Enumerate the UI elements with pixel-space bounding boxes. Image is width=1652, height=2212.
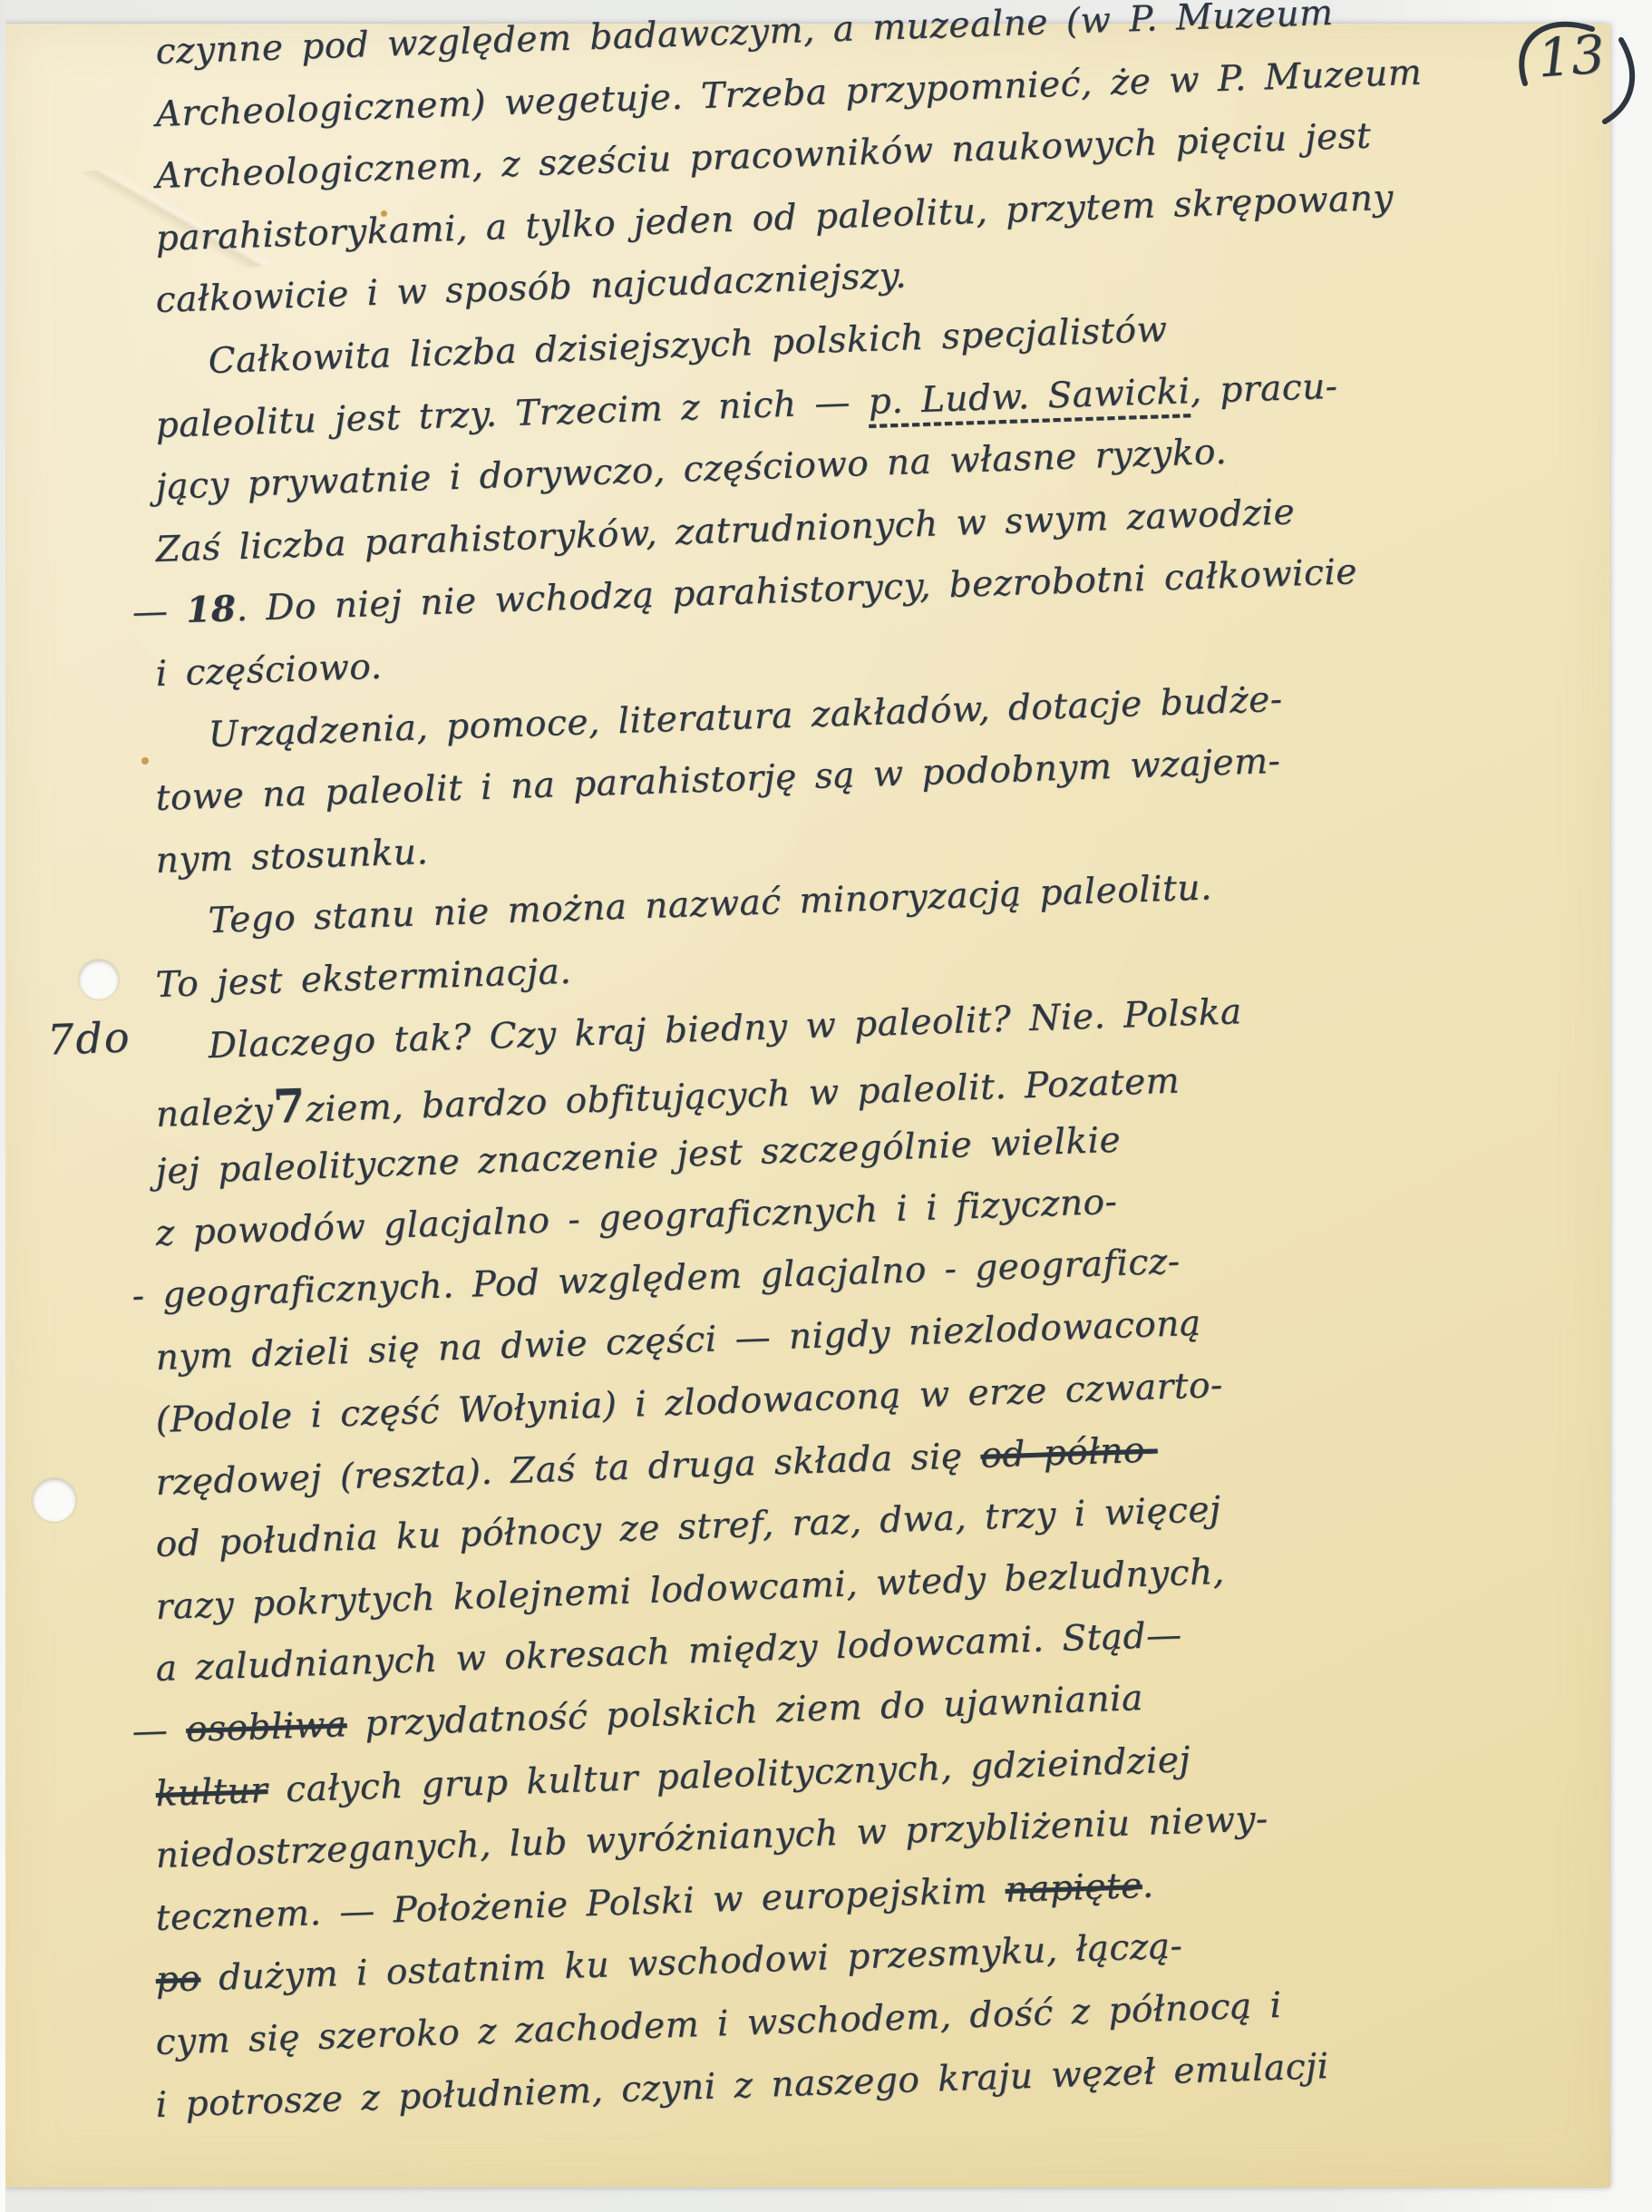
manuscript-segment: To jest eksterminacja. (155, 951, 572, 1006)
manuscript-segment-strike: po (155, 1959, 201, 2002)
manuscript-segment-strike: kultur (155, 1770, 268, 1815)
manuscript-segment: — (131, 590, 187, 633)
manuscript-segment: . (1142, 1865, 1154, 1905)
manuscript-segment-dash-underline: p. Ludw. Sawicki (868, 371, 1190, 423)
manuscript-segment: , pracu- (1190, 365, 1338, 411)
manuscript-segment-strike: osobliwa (185, 1704, 347, 1750)
hole-punch-top (79, 960, 119, 999)
paper-speck (141, 757, 149, 765)
margin-note: 7do (46, 1012, 131, 1064)
manuscript-segment-strike: od półno- (980, 1429, 1159, 1476)
manuscript-segment: nym stosunku. (155, 832, 429, 882)
manuscript-segment-insert-mark: 7 (272, 1078, 306, 1134)
scanned-manuscript-page: 13 7do czynne pod względem badawczym, a … (0, 0, 1652, 2212)
manuscript-segment: — (131, 1710, 187, 1752)
paper-speck (381, 210, 387, 217)
manuscript-segment: należy (155, 1091, 274, 1135)
manuscript-segment: i częściowo. (155, 647, 383, 695)
manuscript-segment-strike: napięte (1005, 1866, 1143, 1911)
hole-punch-bottom (33, 1478, 76, 1522)
scanner-edge (0, 0, 5, 2212)
manuscript-text: czynne pod względem badawczym, a muzealn… (156, 22, 1570, 2137)
manuscript-segment-bold: 18 (185, 589, 237, 632)
